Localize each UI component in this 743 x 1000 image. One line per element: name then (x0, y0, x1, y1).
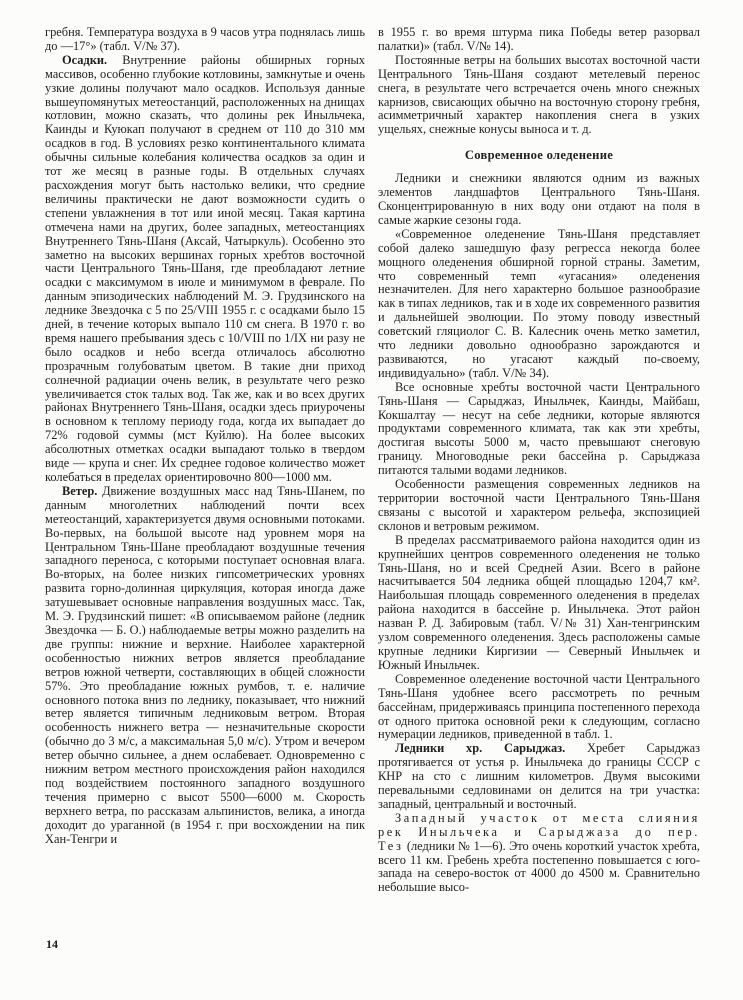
paragraph-glaciers-snowfields: Ледники и снежники являются одним из важ… (378, 172, 700, 228)
paragraph-text: Постоянные ветры на больших высотах вост… (378, 53, 700, 137)
paragraph-saryjaz-glaciers: Ледники хр. Сарыджаз. Хребет Сарыджаз пр… (378, 742, 700, 812)
run-in-heading-saryjaz: Ледники хр. Сарыджаз. (395, 741, 565, 755)
two-column-layout: гребня. Температура воздуха в 9 часов ут… (45, 26, 700, 895)
paragraph-continuation-wind: в 1955 г. во время штурма пика Победы ве… (378, 26, 700, 54)
paragraph-continuation-temperature: гребня. Температура воздуха в 9 часов ут… (45, 26, 365, 54)
right-column: в 1955 г. во время штурма пика Победы ве… (378, 26, 700, 895)
paragraph-text: в 1955 г. во время штурма пика Победы ве… (378, 25, 700, 53)
paragraph-text: (ледники № 1—6). Это очень короткий учас… (378, 839, 700, 895)
paragraph-glaciation-center: В пределах рассматриваемого района наход… (378, 534, 700, 673)
paragraph-river-basins: Современное оледенение восточной части Ц… (378, 673, 700, 743)
paragraph-text: В пределах рассматриваемого района наход… (378, 533, 700, 672)
page-number: 14 (46, 938, 58, 952)
paragraph-western-section: Западный участок от места слияния рек Ин… (378, 812, 700, 895)
paragraph-text: Особенности размещения современных ледни… (378, 477, 700, 533)
paragraph-text: Внутренние районы обширных горных массив… (45, 53, 365, 484)
book-page: гребня. Температура воздуха в 9 часов ут… (0, 0, 743, 1000)
paragraph-text: Современное оледенение восточной части Ц… (378, 672, 700, 742)
paragraph-main-ridges: Все основные хребты восточной части Цент… (378, 381, 700, 478)
paragraph-glaciation-quote: «Современное оледенение Тянь-Шаня предст… (378, 228, 700, 381)
run-in-heading-osadki: Осадки. (62, 53, 107, 67)
paragraph-text: Ледники и снежники являются одним из важ… (378, 171, 700, 227)
paragraph-text: «Современное оледенение Тянь-Шаня предст… (378, 227, 700, 380)
paragraph-text: Движение воздушных масс над Тянь-Шанем, … (45, 484, 365, 846)
paragraph-constant-winds: Постоянные ветры на больших высотах вост… (378, 54, 700, 137)
paragraph-veter: Ветер. Движение воздушных масс над Тянь-… (45, 485, 365, 847)
section-heading-modern-glaciation: Современное оледенение (378, 149, 700, 163)
left-column: гребня. Температура воздуха в 9 часов ут… (45, 26, 365, 895)
paragraph-glacier-placement: Особенности размещения современных ледни… (378, 478, 700, 534)
run-in-heading-veter: Ветер. (62, 484, 97, 498)
paragraph-osadki: Осадки. Внутренние районы обширных горны… (45, 54, 365, 485)
paragraph-text: Все основные хребты восточной части Цент… (378, 380, 700, 477)
paragraph-text: гребня. Температура воздуха в 9 часов ут… (45, 25, 365, 53)
